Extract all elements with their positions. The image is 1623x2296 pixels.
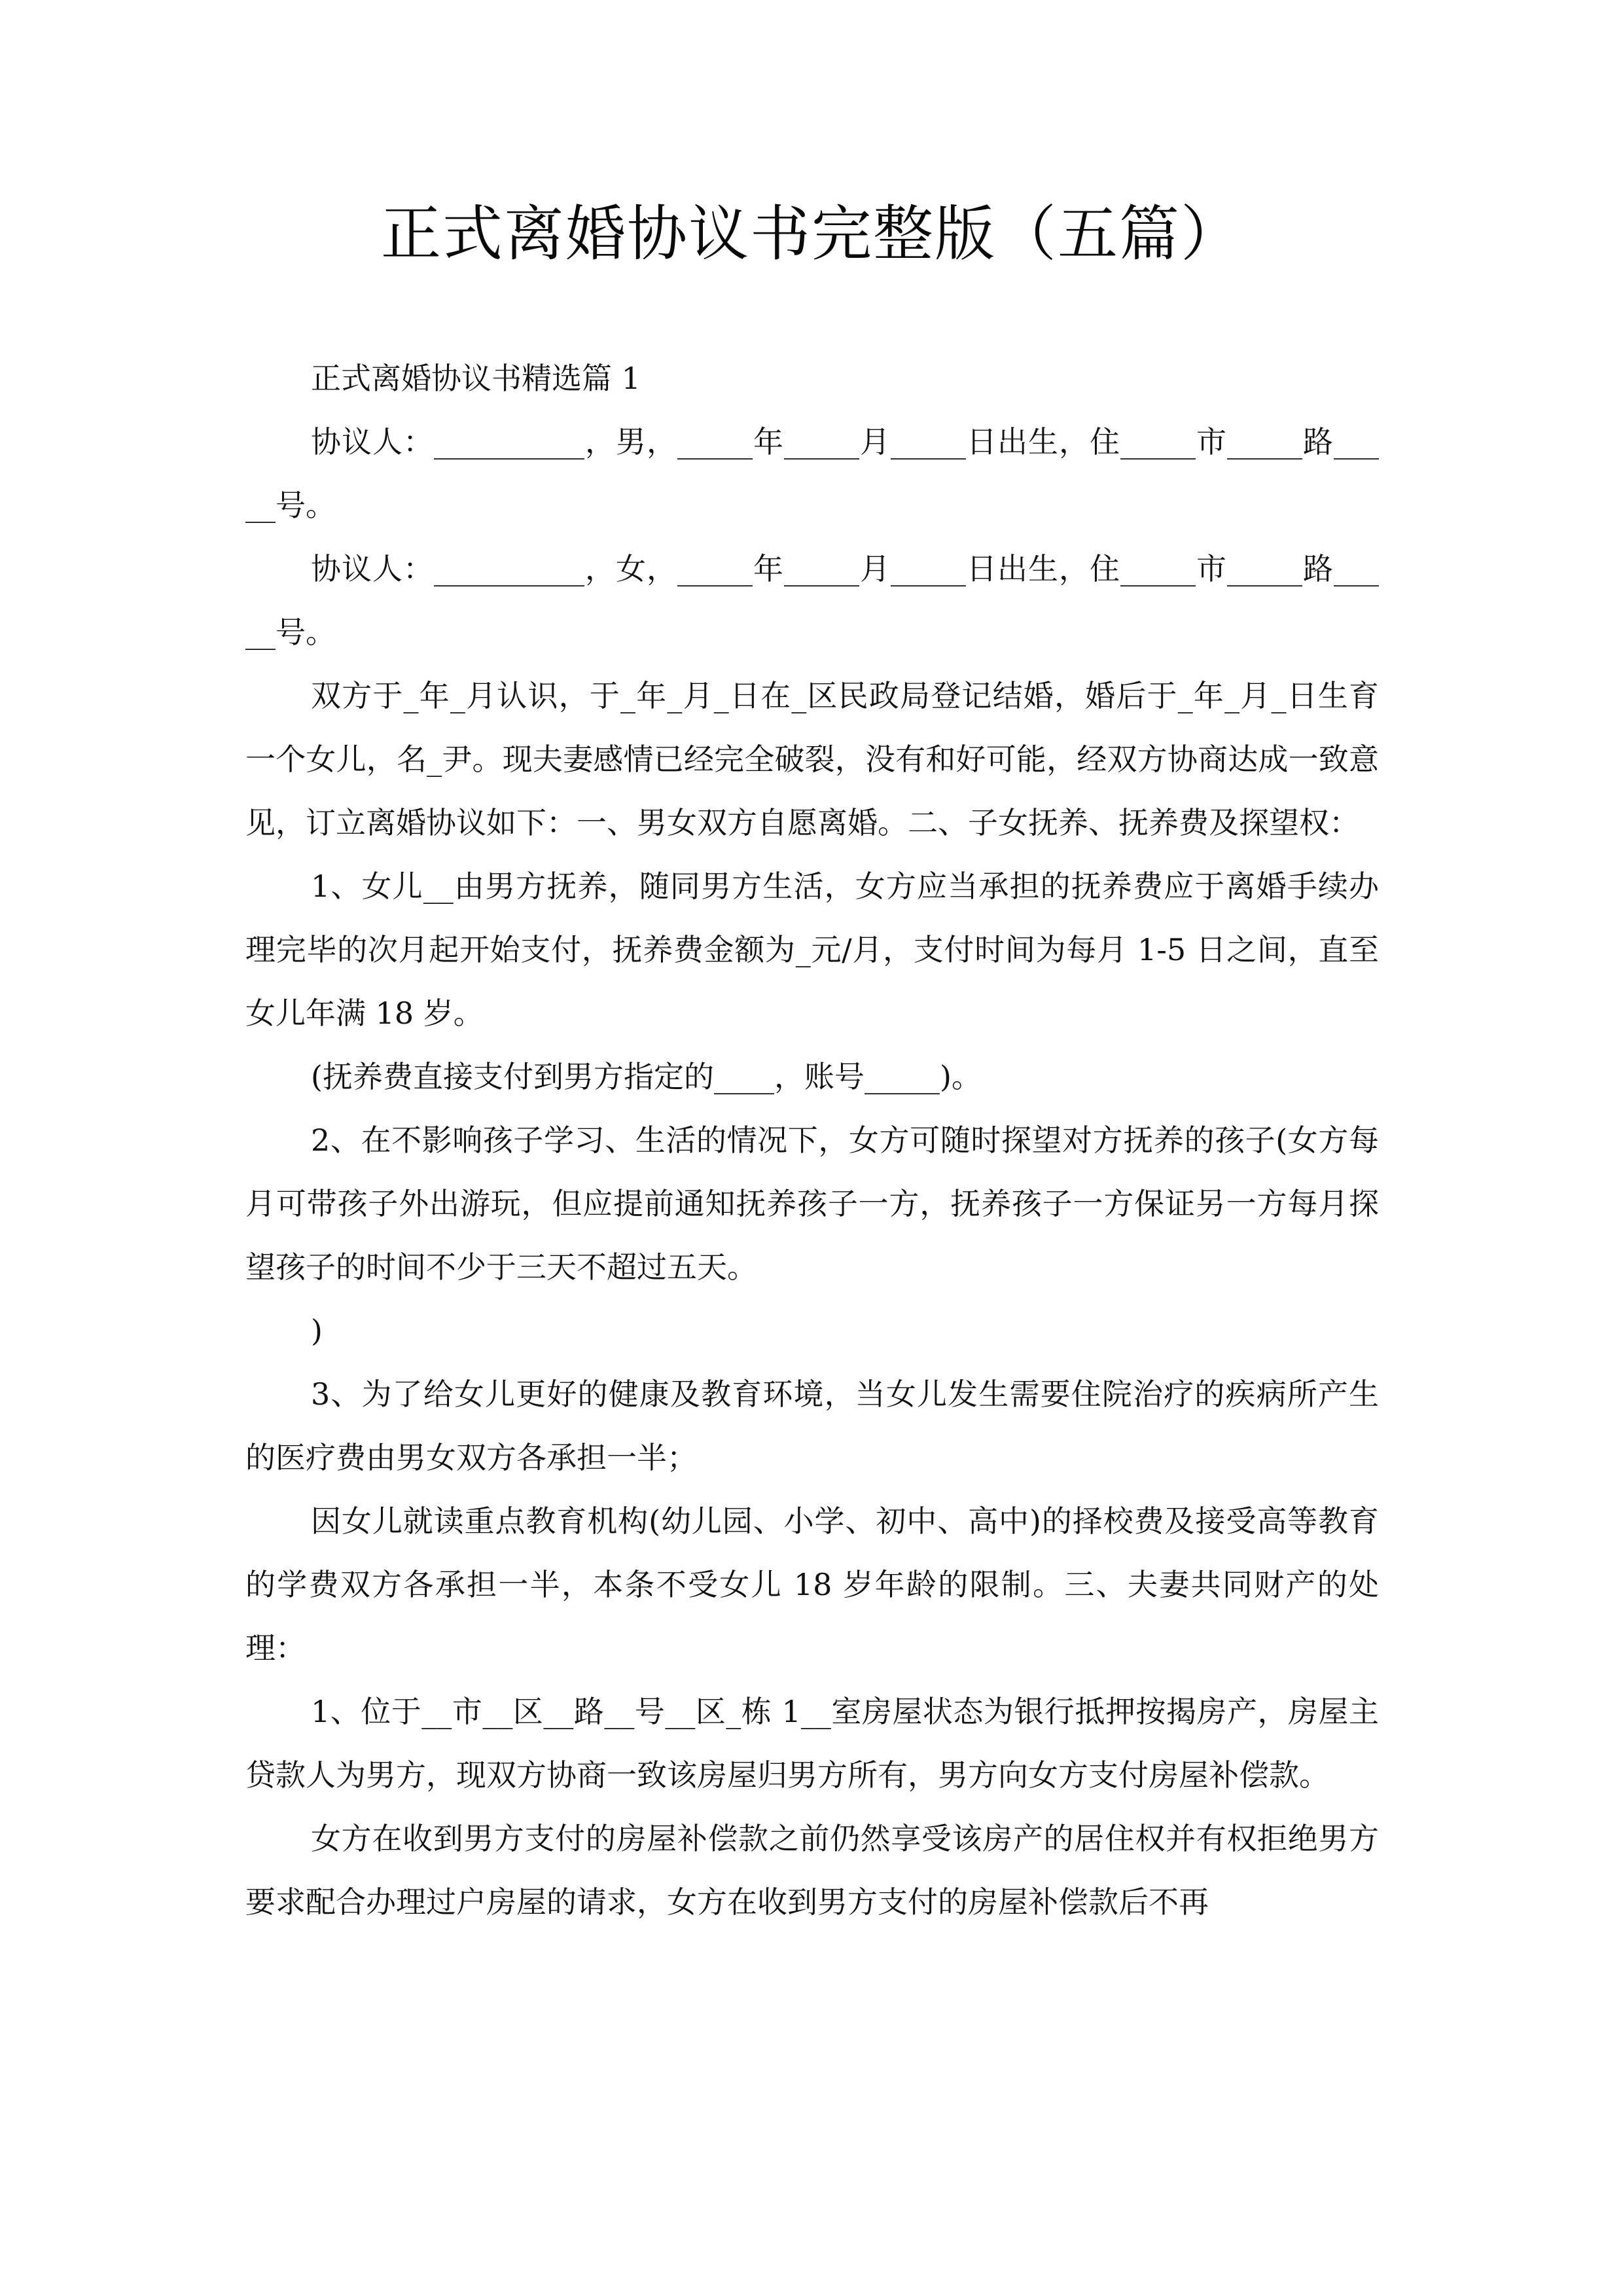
section-heading: 正式离婚协议书精选篇 1	[245, 347, 1379, 410]
closing-parenthesis: )	[245, 1299, 1379, 1363]
visitation-clause-2: 2、在不影响孩子学习、生活的情况下，女方可随时探望对方抚养的孩子(女方每月可带孩…	[245, 1109, 1379, 1299]
education-cost-paragraph: 因女儿就读重点教育机构(幼儿园、小学、初中、高中)的择校费及接受高等教育的学费双…	[245, 1490, 1379, 1680]
party-male-paragraph: 协议人：__________，男，_____年_____月_____日出生，住_…	[245, 410, 1379, 537]
document-body: 正式离婚协议书精选篇 1 协议人：__________，男，_____年____…	[245, 347, 1379, 1934]
document-title: 正式离婚协议书完整版（五篇）	[0, 195, 1623, 274]
party-female-paragraph: 协议人：__________，女，_____年_____月_____日出生，住_…	[245, 537, 1379, 664]
custody-clause-1: 1、女儿__由男方抚养，随同男方生活，女方应当承担的抚养费应于离婚手续办理完毕的…	[245, 855, 1379, 1045]
medical-clause-3: 3、为了给女儿更好的健康及教育环境，当女儿发生需要住院治疗的疾病所产生的医疗费由…	[245, 1363, 1379, 1490]
residence-right-paragraph: 女方在收到男方支付的房屋补偿款之前仍然享受该房产的居住权并有权拒绝男方要求配合办…	[245, 1807, 1379, 1934]
document-page: 正式离婚协议书完整版（五篇） 正式离婚协议书精选篇 1 协议人：________…	[0, 0, 1623, 2296]
property-clause-1: 1、位于__市__区__路__号__区_栋 1__室房屋状态为银行抵押按揭房产，…	[245, 1680, 1379, 1807]
marriage-background-paragraph: 双方于_年_月认识，于_年_月_日在_区民政局登记结婚，婚后于_年_月_日生育一…	[245, 664, 1379, 855]
payment-account-paragraph: (抚养费直接支付到男方指定的____，账号_____)。	[245, 1045, 1379, 1109]
